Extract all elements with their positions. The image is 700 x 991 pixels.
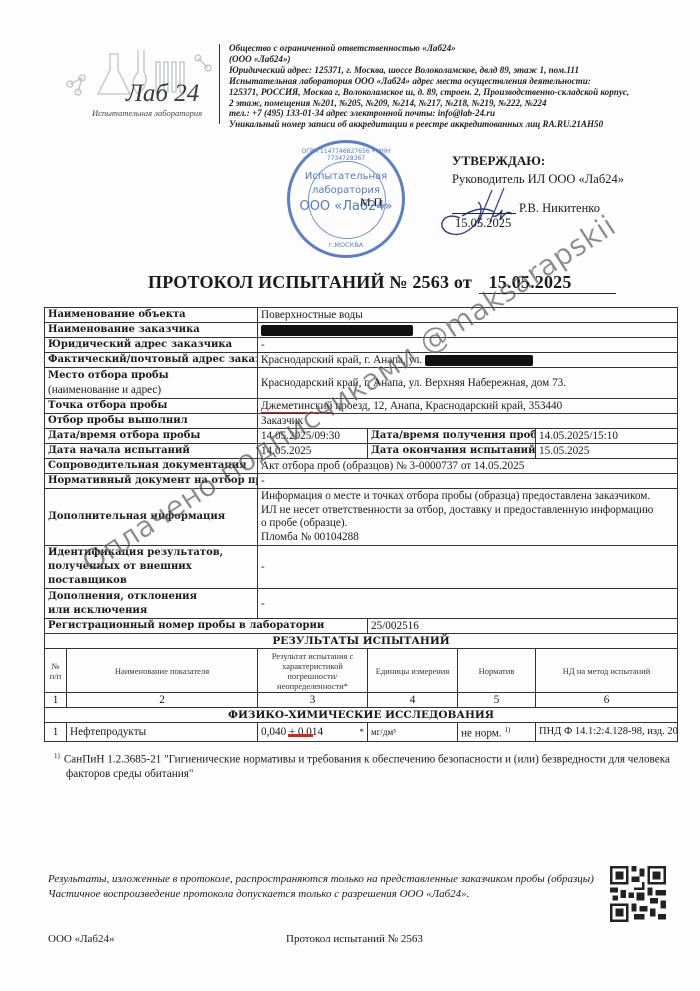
official-stamp: ОГРН 1147746827656 • ИНН 7734728367 Испы…: [287, 140, 405, 258]
result-norm: не норм. 1): [458, 723, 536, 742]
sampling-place-label: Место отбора пробы(наименование и адрес): [45, 368, 258, 399]
org-line: 2 этаж, помещения №201, №205, №209, №214…: [229, 98, 689, 109]
table-row: Точка отбора пробы Джеметинский проезд, …: [45, 399, 678, 414]
table-row: Идентификация результатов, полученных от…: [45, 546, 678, 589]
table-row: Дополнительная информация Информация о м…: [45, 489, 678, 546]
external-results-value: -: [258, 546, 678, 589]
column-header: Наименование показателя: [67, 649, 258, 693]
stamp-place-label: М.П.: [360, 195, 385, 210]
received-datetime-value: 14.05.2025/15:10: [536, 429, 678, 444]
stamp-center-line: Испытательная: [290, 171, 402, 182]
phone-text: тел.: +7 (495) 133-01-34 адрес электронн…: [229, 108, 438, 118]
signature-line: [452, 213, 516, 214]
approval-date: 15.05.2025: [455, 216, 511, 231]
sampling-datetime-value: 14.05.2025/09:30: [258, 429, 368, 444]
approval-title: УТВЕРЖДАЮ:: [452, 152, 624, 170]
footer-organization: ООО «Лаб24»: [48, 933, 115, 945]
results-section-title: РЕЗУЛЬТАТЫ ИСПЫТАНИЙ: [45, 634, 678, 649]
accreditation-number: Уникальный номер записи об аккредитации …: [229, 119, 689, 130]
sampled-by-value: Заказчик: [258, 414, 678, 429]
result-row: 1 Нефтепродукты 0,040 ± 0,014* мг/дм³ не…: [45, 723, 678, 742]
disclaimer-line: Частичное воспроизведение протокола допу…: [48, 887, 608, 902]
table-row: Наименование объекта Поверхностные воды: [45, 308, 678, 323]
org-line: Испытательная лаборатория ООО «Лаб24» ад…: [229, 76, 689, 87]
column-number: 1: [45, 693, 67, 708]
deviations-value: -: [258, 589, 678, 619]
norm-doc-value: -: [258, 474, 678, 489]
customer-label: Наименование заказчика: [45, 323, 258, 338]
table-row: Фактический/почтовый адрес заказчика Кра…: [45, 353, 678, 368]
column-number: 4: [368, 693, 458, 708]
sampling-place-sublabel: (наименование и адрес): [48, 383, 254, 397]
protocol-title-text: ПРОТОКОЛ ИСПЫТАНИЙ № 2563 от: [148, 272, 472, 292]
documents-label: Сопроводительная документация: [45, 459, 258, 474]
column-header: НД на метод испытаний: [536, 649, 678, 693]
result-norm-ref: 1): [504, 726, 510, 734]
org-line: 125371, РОССИЯ, Москва г, Волоколамское …: [229, 87, 689, 98]
table-row: Место отбора пробы(наименование и адрес)…: [45, 368, 678, 399]
footnote-text: СанПиН 1.2.3685-21 "Гигиенические нормат…: [64, 754, 670, 780]
footnote-marker: 1): [54, 752, 60, 760]
result-norm-text: не норм.: [461, 728, 502, 740]
table-row: Юридический адрес заказчика -: [45, 338, 678, 353]
column-header: № п/п: [45, 649, 67, 693]
table-row: Наименование заказчика: [45, 323, 678, 338]
stamp-ring-bottom: г.МОСКВА: [290, 241, 402, 249]
extra-info-label: Дополнительная информация: [45, 489, 258, 546]
object-label: Наименование объекта: [45, 308, 258, 323]
extra-info-line: Пломба № 00104288: [261, 531, 674, 545]
column-number: 3: [258, 693, 368, 708]
disclaimer: Результаты, изложенные в протоколе, расп…: [48, 872, 608, 902]
disclaimer-line: Результаты, изложенные в протоколе, расп…: [48, 872, 608, 887]
legal-address-value: -: [258, 338, 678, 353]
external-results-label: Идентификация результатов, полученных от…: [45, 546, 258, 589]
test-start-label: Дата начала испытаний: [45, 444, 258, 459]
lab-logo: Лаб 24 Испытательная лаборатория: [48, 42, 218, 122]
protocol-date: 15.05.2025: [479, 272, 616, 294]
result-method: ПНД Ф 14.1:2:4.128-98, изд. 2012 г.: [536, 723, 678, 742]
email-link[interactable]: info@lab-24.ru: [438, 108, 495, 118]
sampling-datetime-label: Дата/время отбора пробы: [45, 429, 258, 444]
registration-number-label: Регистрационный номер пробы в лаборатори…: [45, 619, 368, 634]
object-value: Поверхностные воды: [258, 308, 678, 323]
customer-value: [258, 323, 678, 338]
org-contacts: тел.: +7 (495) 133-01-34 адрес электронн…: [229, 108, 689, 119]
sampled-by-label: Отбор пробы выполнил: [45, 414, 258, 429]
column-number: 6: [536, 693, 678, 708]
qr-code-icon: [610, 866, 666, 922]
result-number: 1: [45, 723, 67, 742]
test-end-label: Дата окончания испытаний: [368, 444, 536, 459]
table-row: Отбор пробы выполнил Заказчик: [45, 414, 678, 429]
header-divider: [219, 44, 220, 124]
result-value: 0,040 ± 0,014*: [258, 723, 368, 742]
org-line: (ООО «Лаб24»): [229, 54, 689, 65]
extra-info-line: о пробе (образце).: [261, 517, 674, 531]
test-start-value: 14.05.2025: [258, 444, 368, 459]
column-number: 2: [67, 693, 258, 708]
received-datetime-label: Дата/время получения пробы в ИЛ: [368, 429, 536, 444]
highlight-mark: [288, 734, 313, 737]
redacted-block: [425, 355, 533, 366]
postal-address-label: Фактический/почтовый адрес заказчика: [45, 353, 258, 368]
sampling-point-label: Точка отбора пробы: [45, 399, 258, 414]
extra-info-line: Информация о месте и точках отбора пробы…: [261, 490, 674, 504]
spellcheck-underlined-word: Джеметинский: [261, 400, 332, 413]
approver-name: Р.В. Никитенко: [519, 201, 600, 216]
table-row: Дата начала испытаний 14.05.2025 Дата ок…: [45, 444, 678, 459]
sampling-place-value: Краснодарский край, г. Анапа, ул. Верхня…: [258, 368, 678, 399]
table-row: Дата/время отбора пробы 14.05.2025/09:30…: [45, 429, 678, 444]
table-row: РЕЗУЛЬТАТЫ ИСПЫТАНИЙ: [45, 634, 678, 649]
stamp-ring-top: ОГРН 1147746827656 • ИНН 7734728367: [290, 148, 402, 162]
org-line: Общество с ограниченной ответственностью…: [229, 43, 689, 54]
extra-info-value: Информация о месте и точках отбора пробы…: [258, 489, 678, 546]
registration-number-value: 25/002516: [368, 619, 678, 634]
documents-value: Акт отбора проб (образцов) № 3-0000737 о…: [258, 459, 678, 474]
protocol-title: ПРОТОКОЛ ИСПЫТАНИЙ № 2563 от 15.05.2025: [148, 272, 616, 294]
column-number: 5: [458, 693, 536, 708]
sampling-point-text: проезд, 12, Анапа, Краснодарский край, 3…: [332, 400, 562, 412]
redacted-block: [261, 325, 413, 336]
column-header: Норматив: [458, 649, 536, 693]
postal-address-text: Краснодарский край, г. Анапа, ул.: [261, 354, 422, 366]
norm-doc-label: Нормативный документ на отбор проб: [45, 474, 258, 489]
table-row: Сопроводительная документация Акт отбора…: [45, 459, 678, 474]
column-header: Единицы измерения: [368, 649, 458, 693]
result-mark: *: [360, 725, 365, 739]
postal-address-value: Краснодарский край, г. Анапа, ул.: [258, 353, 678, 368]
column-header: Результат испытания с характеристикой по…: [258, 649, 368, 693]
logo-title: Лаб 24: [126, 80, 199, 108]
logo-subtitle: Испытательная лаборатория: [92, 108, 202, 118]
legal-address-label: Юридический адрес заказчика: [45, 338, 258, 353]
table-row: Дополнения, отклонения или исключения -: [45, 589, 678, 619]
sampling-place-label-text: Место отбора пробы: [48, 369, 254, 383]
extra-info-line: ИЛ не несет ответственности за отбор, до…: [261, 504, 674, 518]
results-group-title: ФИЗИКО-ХИМИЧЕСКИЕ ИССЛЕДОВАНИЯ: [45, 708, 678, 723]
footnote: 1)СанПиН 1.2.3685-21 "Гигиенические норм…: [66, 749, 676, 781]
table-row: ФИЗИКО-ХИМИЧЕСКИЕ ИССЛЕДОВАНИЯ: [45, 708, 678, 723]
result-indicator: Нефтепродукты: [67, 723, 258, 742]
org-line: Юридический адрес: 125371, г. Москва, шо…: [229, 65, 689, 76]
table-row: Регистрационный номер пробы в лаборатори…: [45, 619, 678, 634]
organization-details: Общество с ограниченной ответственностью…: [229, 43, 689, 130]
sampling-point-value: Джеметинский проезд, 12, Анапа, Краснода…: [258, 399, 678, 414]
test-end-value: 15.05.2025: [536, 444, 678, 459]
protocol-table: Наименование объекта Поверхностные воды …: [44, 307, 678, 742]
table-row: Нормативный документ на отбор проб -: [45, 474, 678, 489]
footer-protocol-number: Протокол испытаний № 2563: [286, 933, 423, 945]
result-unit: мг/дм³: [368, 723, 458, 742]
deviations-label: Дополнения, отклонения или исключения: [45, 589, 258, 619]
results-header-row: № п/п Наименование показателя Результат …: [45, 649, 678, 693]
column-number-row: 1 2 3 4 5 6: [45, 693, 678, 708]
